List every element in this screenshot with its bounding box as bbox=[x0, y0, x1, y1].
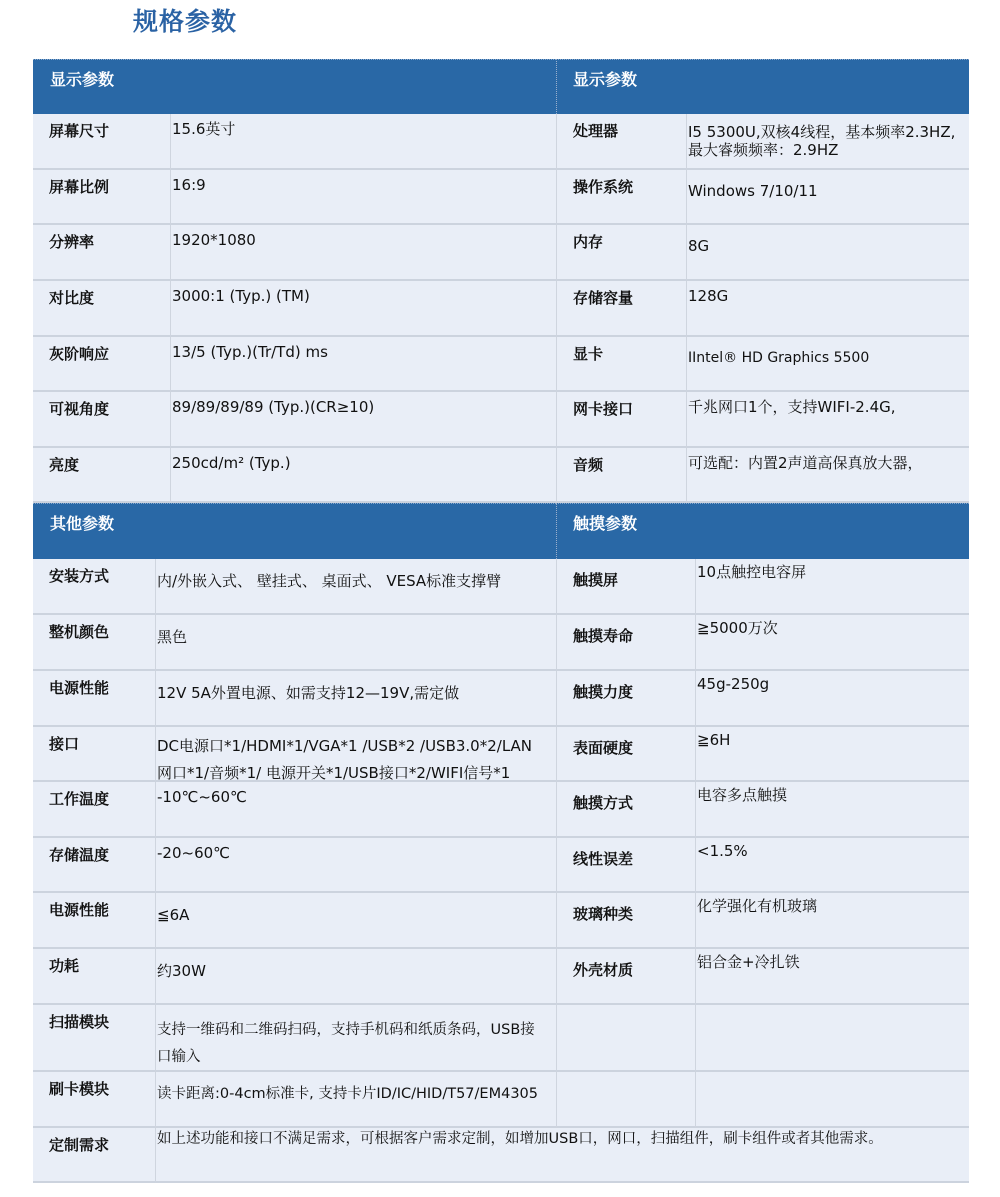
spec-label: 接口 bbox=[33, 727, 155, 782]
spec-value-text: 1920*1080 bbox=[172, 230, 256, 251]
spec-value: 化学强化有机玻璃 bbox=[695, 893, 969, 949]
spec-label: 音频 bbox=[556, 448, 686, 503]
spec-value: 10点触控电容屏 bbox=[695, 559, 969, 615]
spec-value-text: 16:9 bbox=[172, 175, 206, 196]
spec-value-text: DC电源口*1/HDMI*1/VGA*1 /USB*2 /USB3.0*2/LA… bbox=[157, 733, 532, 787]
spec-value-text: 45g-250g bbox=[697, 674, 769, 695]
spec-value-text: 250cd/m² (Typ.) bbox=[172, 453, 291, 474]
spec-label-text: 表面硬度 bbox=[573, 737, 633, 758]
spec-label-text: 操作系统 bbox=[573, 176, 633, 197]
spec-value-text: IIntel® HD Graphics 5500 bbox=[688, 348, 869, 369]
spec-label: 分辨率 bbox=[33, 225, 170, 281]
spec-label: 网卡接口 bbox=[556, 392, 686, 448]
spec-label: 可视角度 bbox=[33, 392, 170, 448]
spec-label: 显卡 bbox=[556, 337, 686, 392]
spec-label: 安装方式 bbox=[33, 559, 155, 615]
spec-value: I5 5300U,双核4线程，基本频率2.3HZ, 最大睿频频率：2.9HZ bbox=[686, 114, 969, 170]
spec-label-text: 分辨率 bbox=[49, 231, 94, 252]
spec-label-text: 音频 bbox=[573, 454, 603, 475]
spec-value: 3000:1 (Typ.) (TM) bbox=[170, 281, 556, 337]
header-divider bbox=[556, 503, 557, 559]
spec-value-text: 千兆网口1个，支持WIFI-2.4G, bbox=[688, 397, 896, 418]
spec-label: 电源性能 bbox=[33, 671, 155, 727]
spec-label: 线性误差 bbox=[556, 838, 695, 893]
spec-value-text: 10点触控电容屏 bbox=[697, 562, 806, 583]
spec-value-text: 128G bbox=[688, 286, 728, 307]
spec-label-text: 工作温度 bbox=[49, 788, 109, 809]
spec-value-text: 电容多点触摸 bbox=[697, 785, 787, 806]
spec-label: 工作温度 bbox=[33, 782, 155, 838]
spec-value: 可选配：内置2声道高保真放大器， bbox=[686, 448, 969, 503]
spec-value-text: 读卡距离:0-4cm标准卡, 支持卡片ID/IC/HID/T57/EM4305 bbox=[157, 1084, 538, 1105]
spec-label: 外壳材质 bbox=[556, 949, 695, 1005]
spec-value: 16:9 bbox=[170, 170, 556, 225]
spec-value: 电容多点触摸 bbox=[695, 782, 969, 838]
spec-label: 表面硬度 bbox=[556, 727, 695, 782]
spec-label: 屏幕比例 bbox=[33, 170, 170, 225]
spec-label-text: 功耗 bbox=[49, 955, 79, 976]
spec-value: 支持一维码和二维码扫码，支持手机码和纸质条码，USB接 口输入 bbox=[155, 1005, 556, 1072]
spec-value: 黑色 bbox=[155, 615, 556, 671]
spec-label: 触摸屏 bbox=[556, 559, 695, 615]
spec-value: ≧6H bbox=[695, 727, 969, 782]
custom-requirement-value-text: 如上述功能和接口不满足需求，可根据客户需求定制，如增加USB口，网口，扫描组件，… bbox=[157, 1129, 883, 1150]
spec-value-text: 铝合金+冷扎铁 bbox=[697, 952, 800, 973]
spec-value: Windows 7/10/11 bbox=[686, 170, 969, 225]
spec-label-text: 线性误差 bbox=[573, 848, 633, 869]
spec-label-text: 可视角度 bbox=[49, 398, 109, 419]
spec-label: 触摸力度 bbox=[556, 671, 695, 727]
page-title: 规格参数 bbox=[133, 2, 237, 38]
spec-value-text: 约30W bbox=[157, 961, 206, 982]
spec-value: ≦6A bbox=[155, 893, 556, 949]
spec-value: 89/89/89/89 (Typ.)(CR≥10) bbox=[170, 392, 556, 448]
spec-value: 读卡距离:0-4cm标准卡, 支持卡片ID/IC/HID/T57/EM4305 bbox=[155, 1072, 556, 1128]
spec-label: 触摸寿命 bbox=[556, 615, 695, 671]
spec-label-text: 亮度 bbox=[49, 454, 79, 475]
spec-label: 存储容量 bbox=[556, 281, 686, 337]
spec-label-text: 内存 bbox=[573, 231, 603, 252]
section-header-display-left-label: 显示参数 bbox=[50, 67, 114, 90]
spec-label: 触摸方式 bbox=[556, 782, 695, 838]
spec-label: 整机颜色 bbox=[33, 615, 155, 671]
section-header-display-right-label: 显示参数 bbox=[573, 67, 637, 90]
spec-label: 对比度 bbox=[33, 281, 170, 337]
spec-value: 13/5 (Typ.)(Tr/Td) ms bbox=[170, 337, 556, 392]
spec-value-text: 3000:1 (Typ.) (TM) bbox=[172, 286, 310, 307]
spec-label-text: 存储容量 bbox=[573, 287, 633, 308]
spec-label-text: 对比度 bbox=[49, 287, 94, 308]
spec-label: 内存 bbox=[556, 225, 686, 281]
spec-value-text: 13/5 (Typ.)(Tr/Td) ms bbox=[172, 342, 328, 363]
spec-value: 128G bbox=[686, 281, 969, 337]
custom-requirement-value: 如上述功能和接口不满足需求，可根据客户需求定制，如增加USB口，网口，扫描组件，… bbox=[155, 1128, 969, 1183]
spec-label-text: 触摸寿命 bbox=[573, 625, 633, 646]
spec-label-text: 刷卡模块 bbox=[49, 1078, 109, 1099]
spec-label: 定制需求 bbox=[33, 1128, 155, 1183]
spec-value-text: ≧6H bbox=[697, 730, 730, 751]
spec-value-text: 8G bbox=[688, 236, 709, 257]
spec-label-text: 扫描模块 bbox=[49, 1011, 109, 1032]
spec-value-text: -10℃~60℃ bbox=[157, 787, 247, 808]
section-header-touch: 触摸参数 bbox=[556, 503, 969, 560]
section-header-touch-label: 触摸参数 bbox=[573, 511, 637, 534]
spec-label-text: 接口 bbox=[49, 733, 79, 754]
spec-label bbox=[556, 1072, 695, 1128]
spec-label: 灰阶响应 bbox=[33, 337, 170, 392]
section-header-other: 其他参数 bbox=[33, 503, 556, 560]
spec-label: 扫描模块 bbox=[33, 1005, 155, 1072]
spec-value: 约30W bbox=[155, 949, 556, 1005]
spec-value-text: Windows 7/10/11 bbox=[688, 181, 818, 202]
spec-label: 玻璃种类 bbox=[556, 893, 695, 949]
section-header-other-label: 其他参数 bbox=[50, 511, 114, 534]
spec-value: -20~60℃ bbox=[155, 838, 556, 893]
spec-value-text: 支持一维码和二维码扫码，支持手机码和纸质条码，USB接 口输入 bbox=[157, 1017, 535, 1071]
spec-label-text: 处理器 bbox=[573, 120, 618, 141]
spec-label-text: 网卡接口 bbox=[573, 398, 633, 419]
spec-value-text: 12V 5A外置电源、如需支持12—19V,需定做 bbox=[157, 683, 459, 704]
section-header-display-right: 显示参数 bbox=[556, 59, 969, 115]
spec-label-text: 屏幕比例 bbox=[49, 176, 109, 197]
spec-label-text: 安装方式 bbox=[49, 565, 109, 586]
spec-label bbox=[556, 1005, 695, 1072]
spec-value: IIntel® HD Graphics 5500 bbox=[686, 337, 969, 392]
spec-value-text: 化学强化有机玻璃 bbox=[697, 896, 817, 917]
spec-label-text: 触摸屏 bbox=[573, 569, 618, 590]
spec-label-text: 玻璃种类 bbox=[573, 903, 633, 924]
spec-value-text: <1.5% bbox=[697, 841, 748, 862]
spec-label-text: 整机颜色 bbox=[49, 621, 109, 642]
section-header-display-left: 显示参数 bbox=[33, 59, 556, 115]
spec-value: <1.5% bbox=[695, 838, 969, 893]
spec-label-text: 电源性能 bbox=[49, 899, 109, 920]
spec-value-text: 15.6英寸 bbox=[172, 119, 235, 140]
spec-label: 操作系统 bbox=[556, 170, 686, 225]
spec-value: 15.6英寸 bbox=[170, 114, 556, 170]
spec-value: 内/外嵌入式、 壁挂式、 桌面式、 VESA标准支撑臂 bbox=[155, 559, 556, 615]
spec-value: 45g-250g bbox=[695, 671, 969, 727]
spec-value: 千兆网口1个，支持WIFI-2.4G, bbox=[686, 392, 969, 448]
spec-value-text: 黑色 bbox=[157, 627, 187, 648]
spec-label: 功耗 bbox=[33, 949, 155, 1005]
spec-value: 铝合金+冷扎铁 bbox=[695, 949, 969, 1005]
spec-value-text: 可选配：内置2声道高保真放大器， bbox=[688, 453, 923, 474]
spec-label: 亮度 bbox=[33, 448, 170, 503]
spec-label-text: 电源性能 bbox=[49, 677, 109, 698]
spec-label: 刷卡模块 bbox=[33, 1072, 155, 1128]
spec-value-text: 内/外嵌入式、 壁挂式、 桌面式、 VESA标准支撑臂 bbox=[157, 571, 501, 592]
spec-label-text: 灰阶响应 bbox=[49, 343, 109, 364]
spec-label-text: 触摸方式 bbox=[573, 792, 633, 813]
spec-value-text: 89/89/89/89 (Typ.)(CR≥10) bbox=[172, 397, 374, 418]
spec-label: 电源性能 bbox=[33, 893, 155, 949]
header-divider bbox=[556, 59, 557, 114]
spec-label: 存储温度 bbox=[33, 838, 155, 893]
spec-value: 12V 5A外置电源、如需支持12—19V,需定做 bbox=[155, 671, 556, 727]
spec-value: 8G bbox=[686, 225, 969, 281]
spec-label-text: 存储温度 bbox=[49, 844, 109, 865]
spec-value bbox=[695, 1005, 969, 1072]
spec-label: 屏幕尺寸 bbox=[33, 114, 170, 170]
spec-value: ≧5000万次 bbox=[695, 615, 969, 671]
spec-label-text: 屏幕尺寸 bbox=[49, 120, 109, 141]
spec-label: 处理器 bbox=[556, 114, 686, 170]
spec-value: -10℃~60℃ bbox=[155, 782, 556, 838]
spec-value: 1920*1080 bbox=[170, 225, 556, 281]
spec-value: 250cd/m² (Typ.) bbox=[170, 448, 556, 503]
spec-value-text: ≧5000万次 bbox=[697, 618, 778, 639]
spec-value-text: -20~60℃ bbox=[157, 843, 230, 864]
spec-value-text: I5 5300U,双核4线程，基本频率2.3HZ, 最大睿频频率：2.9HZ bbox=[688, 123, 955, 159]
spec-value-text: ≦6A bbox=[157, 905, 189, 926]
spec-label-text: 定制需求 bbox=[49, 1134, 109, 1155]
spec-label-text: 显卡 bbox=[573, 343, 603, 364]
spec-label-text: 外壳材质 bbox=[573, 959, 633, 980]
spec-value: DC电源口*1/HDMI*1/VGA*1 /USB*2 /USB3.0*2/LA… bbox=[155, 727, 556, 782]
spec-label-text: 触摸力度 bbox=[573, 681, 633, 702]
spec-value bbox=[695, 1072, 969, 1128]
